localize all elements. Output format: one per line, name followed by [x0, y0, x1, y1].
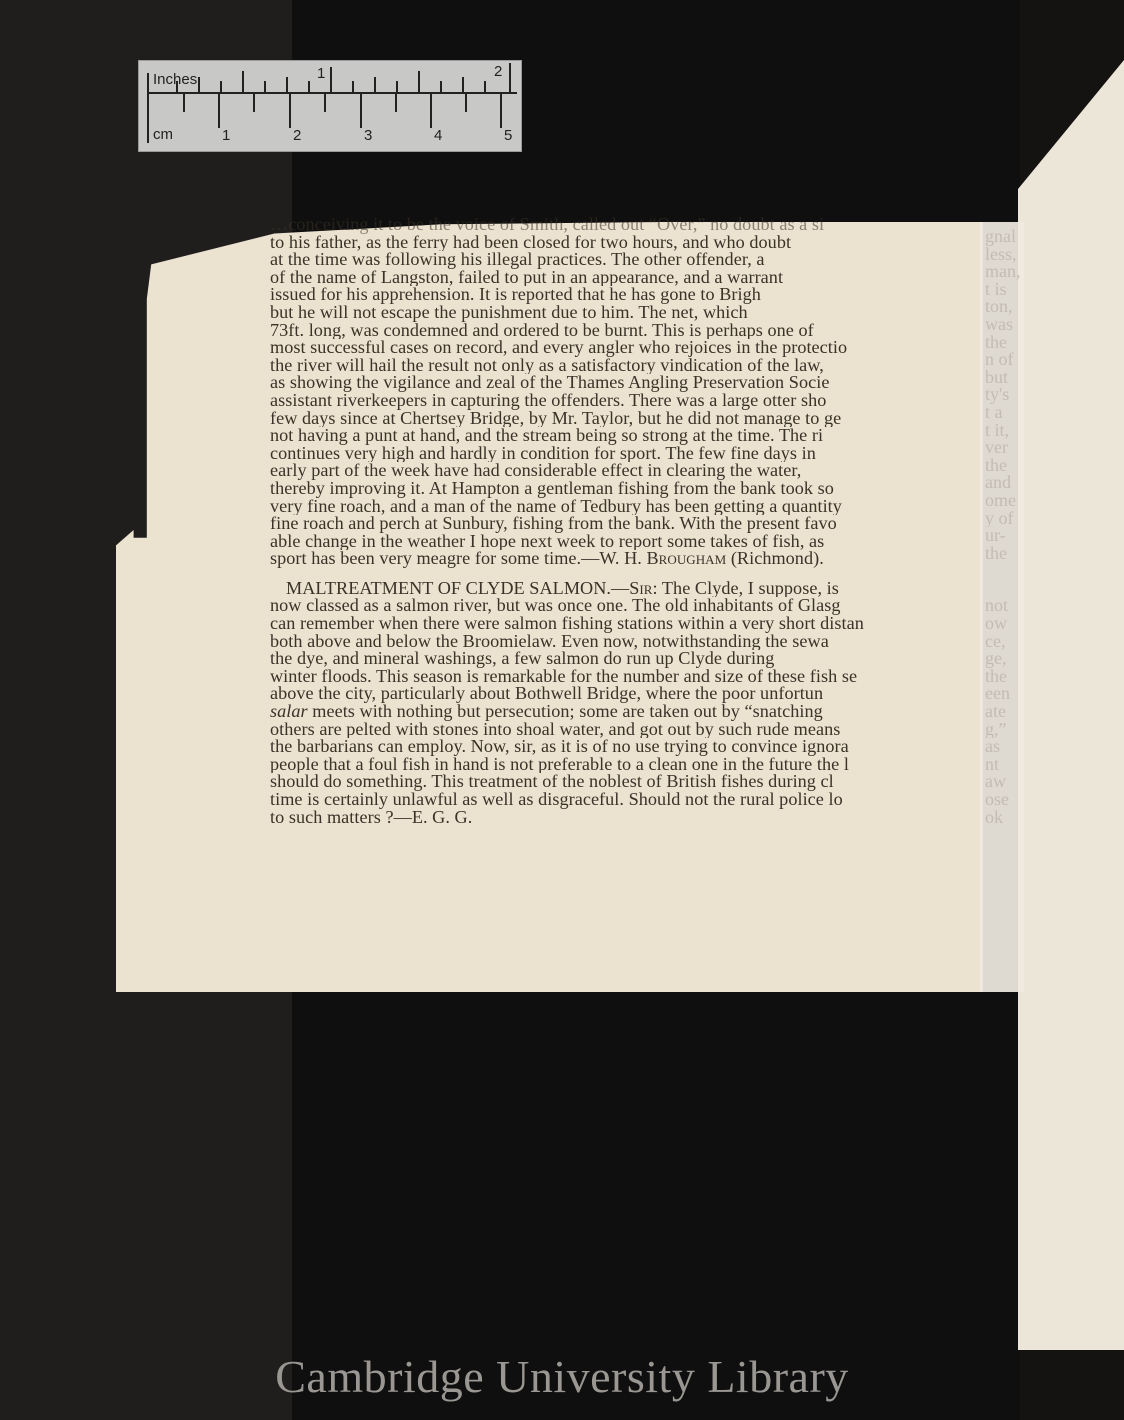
text-line: issued for his apprehension. It is repor…	[270, 286, 990, 304]
ruler-cm-mark: 2	[293, 127, 301, 144]
text-line: …conceiving it to be the voice of Smith,…	[270, 216, 990, 234]
text-line: at the time was following his illegal pr…	[270, 251, 990, 269]
text-line: both above and below the Broomielaw. Eve…	[270, 633, 990, 651]
text-line: continues very high and hardly in condit…	[270, 445, 990, 463]
text-line: assistant riverkeepers in capturing the …	[270, 392, 990, 410]
text-line: to his father, as the ferry had been clo…	[270, 234, 990, 252]
article-heading: MALTREATMENT OF CLYDE SALMON.—	[286, 580, 629, 598]
text-line: most successful cases on record, and eve…	[270, 339, 990, 357]
text-line: people that a foul fish in hand is not p…	[270, 756, 990, 774]
text-line: fine roach and perch at Sunbury, fishing…	[270, 515, 990, 533]
text-line: few days since at Chertsey Bridge, by Mr…	[270, 410, 990, 428]
text-line: not having a punt at hand, and the strea…	[270, 427, 990, 445]
text-line: 73ft. long, was condemned and ordered to…	[270, 322, 990, 340]
ruler-inch-mark: 1	[317, 65, 325, 82]
signature-line: sport has been very meagre for some time…	[270, 550, 990, 568]
ruler-inch-mark: 2	[494, 63, 502, 80]
text-line: time is certainly unlawful as well as di…	[270, 791, 990, 809]
text-line: others are pelted with stones into shoal…	[270, 721, 990, 739]
library-credit: Cambridge University Library	[0, 1350, 1124, 1403]
scale-ruler: Inches cm 1 2 1 2 3 4 5	[138, 60, 522, 152]
text-line: thereby improving it. At Hampton a gentl…	[270, 480, 990, 498]
text-line: the barbarians can employ. Now, sir, as …	[270, 738, 990, 756]
text-line: now classed as a salmon river, but was o…	[270, 597, 990, 615]
text-line: the river will hail the result not only …	[270, 357, 990, 375]
text-line: but he will not escape the punishment du…	[270, 304, 990, 322]
article-angling-report: …conceiving it to be the voice of Smith,…	[270, 216, 990, 568]
ruler-cm-label: cm	[153, 126, 173, 143]
text-line: very fine roach, and a man of the name o…	[270, 498, 990, 516]
text-line: above the city, particularly about Bothw…	[270, 685, 990, 703]
article-heading-line: MALTREATMENT OF CLYDE SALMON.—Sir: The C…	[270, 580, 990, 598]
ruler-cm-mark: 3	[364, 127, 372, 144]
text-line: of the name of Langston, failed to put i…	[270, 269, 990, 287]
text-line: the dye, and mineral washings, a few sal…	[270, 650, 990, 668]
show-through-text: gnalless,man, t iston,was then ofbut ty'…	[985, 228, 1023, 826]
text-line: should do something. This treatment of t…	[270, 773, 990, 791]
ruler-cm-mark: 4	[434, 127, 442, 144]
italic-term: salar	[270, 703, 308, 721]
signature-place: (Richmond).	[731, 550, 824, 568]
salutation: Sir	[629, 580, 652, 598]
ruler-cm-mark: 5	[504, 127, 512, 144]
text-line: able change in the weather I hope next w…	[270, 533, 990, 551]
article-clyde-salmon: MALTREATMENT OF CLYDE SALMON.—Sir: The C…	[270, 580, 990, 826]
signature-name: Brougham	[647, 550, 727, 568]
text-line: early part of the week have had consider…	[270, 462, 990, 480]
text-line: to such matters ?—E. G. G.	[270, 809, 990, 827]
text-line: winter floods. This season is remarkable…	[270, 668, 990, 686]
article-text: …conceiving it to be the voice of Smith,…	[270, 216, 990, 826]
facing-page	[1018, 60, 1124, 1350]
text-line: salar meets with nothing but persecution…	[270, 703, 990, 721]
text-line: as showing the vigilance and zeal of the…	[270, 374, 990, 392]
ruler-cm-mark: 1	[222, 127, 230, 144]
text-line: can remember when there were salmon fish…	[270, 615, 990, 633]
